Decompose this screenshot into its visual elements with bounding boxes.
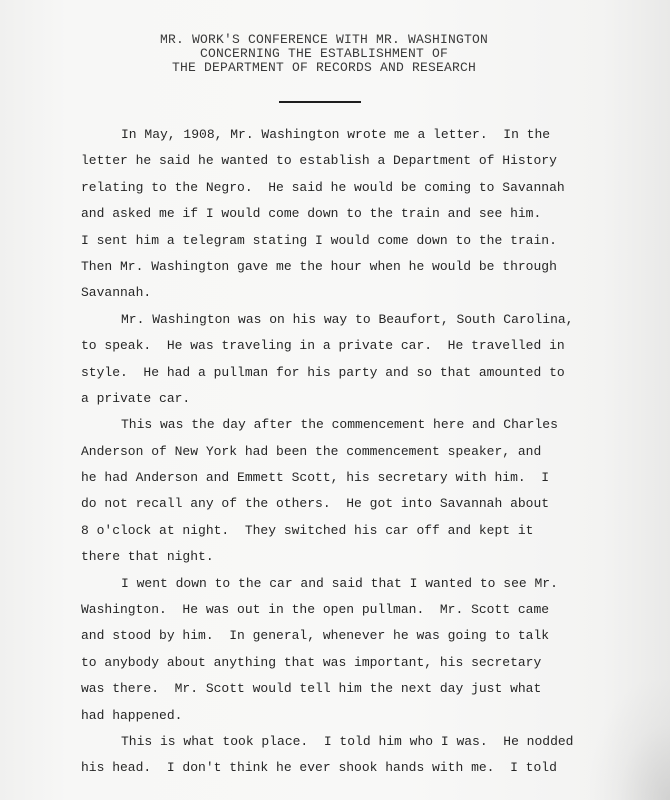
text-line: was there. Mr. Scott would tell him the … bbox=[81, 676, 641, 702]
text-line: do not recall any of the others. He got … bbox=[81, 491, 641, 517]
text-line: had happened. bbox=[81, 703, 641, 729]
text-line: and stood by him. In general, whenever h… bbox=[81, 623, 641, 649]
title-divider-rule bbox=[279, 101, 361, 103]
paragraph-3: This was the day after the commencement … bbox=[81, 412, 641, 570]
paragraph-4: I went down to the car and said that I w… bbox=[81, 571, 641, 729]
text-line: Mr. Washington was on his way to Beaufor… bbox=[81, 307, 641, 333]
text-line: In May, 1908, Mr. Washington wrote me a … bbox=[81, 122, 641, 148]
paragraph-2: Mr. Washington was on his way to Beaufor… bbox=[81, 307, 641, 413]
text-line: a private car. bbox=[81, 386, 641, 412]
paragraph-5: This is what took place. I told him who … bbox=[81, 729, 641, 782]
text-line: relating to the Negro. He said he would … bbox=[81, 175, 641, 201]
text-line: his head. I don't think he ever shook ha… bbox=[81, 755, 641, 781]
text-line: 8 o'clock at night. They switched his ca… bbox=[81, 518, 641, 544]
text-line: Washington. He was out in the open pullm… bbox=[81, 597, 641, 623]
text-line: and asked me if I would come down to the… bbox=[81, 201, 641, 227]
document-body: In May, 1908, Mr. Washington wrote me a … bbox=[81, 122, 641, 782]
text-line: to speak. He was traveling in a private … bbox=[81, 333, 641, 359]
text-line: he had Anderson and Emmett Scott, his se… bbox=[81, 465, 641, 491]
text-line: Anderson of New York had been the commen… bbox=[81, 439, 641, 465]
title-line-2: CONCERNING THE ESTABLISHMENT OF bbox=[0, 47, 648, 61]
text-line: to anybody about anything that was impor… bbox=[81, 650, 641, 676]
paragraph-1: In May, 1908, Mr. Washington wrote me a … bbox=[81, 122, 641, 307]
document-title: MR. WORK'S CONFERENCE WITH MR. WASHINGTO… bbox=[0, 33, 648, 75]
text-line: letter he said he wanted to establish a … bbox=[81, 148, 641, 174]
text-line: I sent him a telegram stating I would co… bbox=[81, 228, 641, 254]
text-line: Savannah. bbox=[81, 280, 641, 306]
text-line: I went down to the car and said that I w… bbox=[81, 571, 641, 597]
title-line-3: THE DEPARTMENT OF RECORDS AND RESEARCH bbox=[0, 61, 648, 75]
text-line: there that night. bbox=[81, 544, 641, 570]
text-line: style. He had a pullman for his party an… bbox=[81, 360, 641, 386]
typed-document-page: MR. WORK'S CONFERENCE WITH MR. WASHINGTO… bbox=[0, 0, 670, 800]
text-line: This is what took place. I told him who … bbox=[81, 729, 641, 755]
title-line-1: MR. WORK'S CONFERENCE WITH MR. WASHINGTO… bbox=[0, 33, 648, 47]
text-line: This was the day after the commencement … bbox=[81, 412, 641, 438]
text-line: Then Mr. Washington gave me the hour whe… bbox=[81, 254, 641, 280]
